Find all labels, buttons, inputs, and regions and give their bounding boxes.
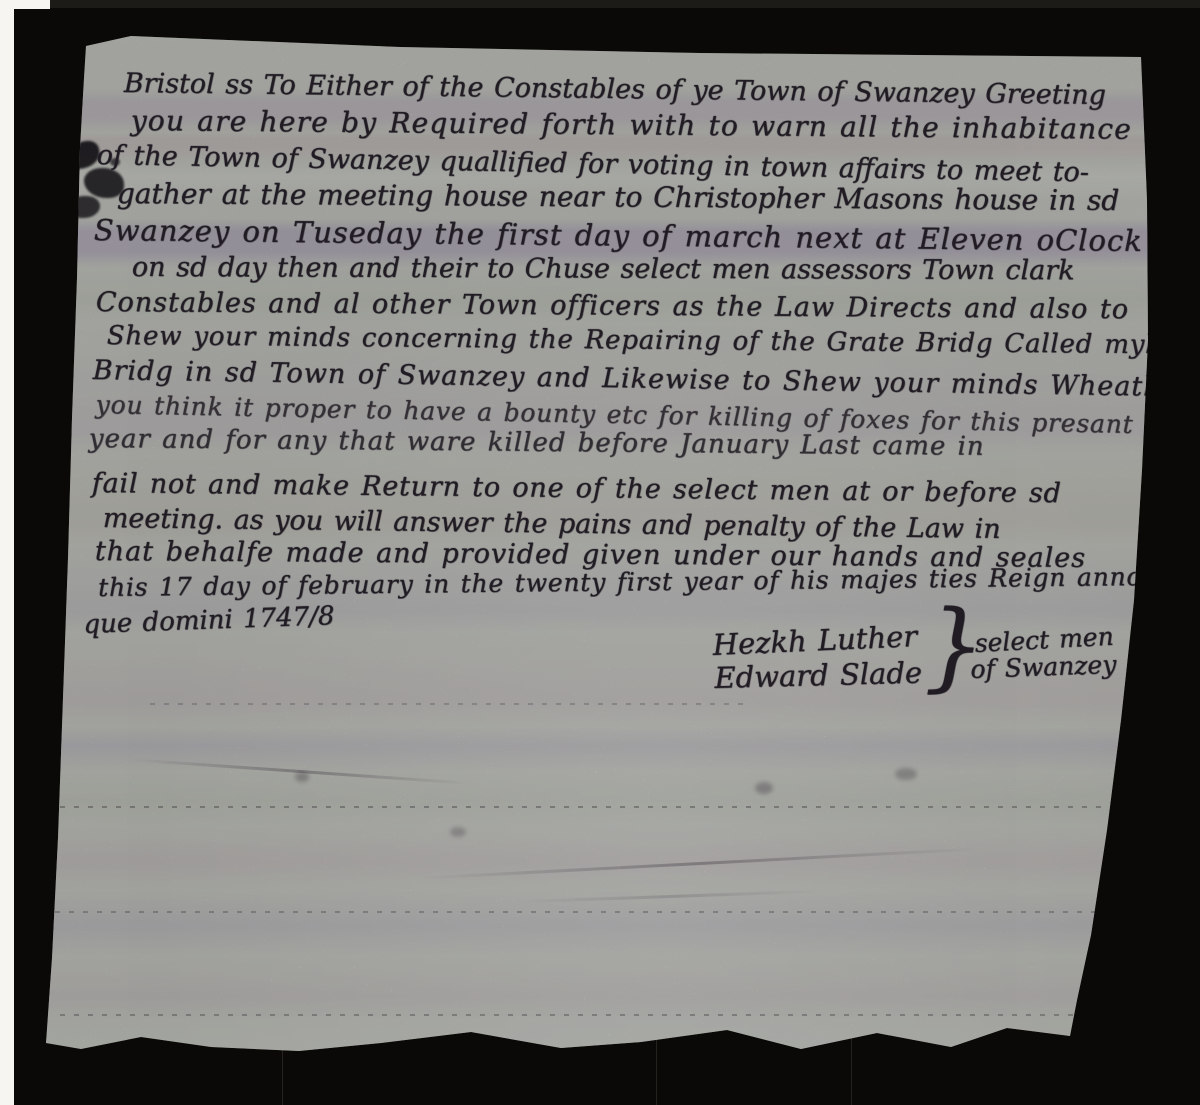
scan-artifact-line bbox=[282, 1042, 283, 1105]
scan-artifact-line bbox=[60, 806, 1120, 808]
signature-name: Edward Slade bbox=[714, 656, 922, 695]
manuscript-line: Shew your minds concerning the Repairing… bbox=[107, 321, 1185, 360]
paper-stain bbox=[450, 827, 466, 837]
scan-artifact-line bbox=[851, 1032, 852, 1105]
paper-stain bbox=[895, 768, 917, 780]
manuscript-line: year and for any that ware killed before… bbox=[89, 424, 985, 462]
manuscript-line: Swanzey on Tuseday the first day of marc… bbox=[94, 213, 1143, 258]
scan-artifact-line bbox=[150, 703, 750, 705]
scan-artifact-line bbox=[656, 1036, 657, 1105]
signature-role: of Swanzey bbox=[970, 650, 1117, 684]
manuscript-line: Constables and al other Town officers as… bbox=[96, 287, 1129, 325]
scan-artifact-line bbox=[60, 1014, 1080, 1016]
scanner-edge-strip bbox=[0, 0, 14, 1105]
manuscript-line: fail not and make Return to one of the s… bbox=[92, 468, 1062, 509]
manuscript-line: que domini 1747/8 bbox=[83, 601, 335, 640]
manuscript-line: you are here by Required forth with to w… bbox=[131, 104, 1132, 146]
manuscript-line: gather at the meeting house near to Chri… bbox=[117, 177, 1120, 217]
manuscript-paper: Bristol ss To Either of the Constables o… bbox=[0, 0, 1200, 1105]
paper-stain bbox=[755, 782, 773, 794]
manuscript-line: on sd day then and their to Chuse select… bbox=[132, 252, 1075, 286]
scanner-edge-strip bbox=[50, 0, 1200, 8]
scanner-edge-strip bbox=[0, 0, 50, 9]
scan-frame: Bristol ss To Either of the Constables o… bbox=[0, 0, 1200, 1105]
scan-artifact-line bbox=[55, 911, 1105, 913]
paper-stain bbox=[295, 772, 309, 782]
handwriting-layer: Bristol ss To Either of the Constables o… bbox=[0, 0, 1200, 1105]
